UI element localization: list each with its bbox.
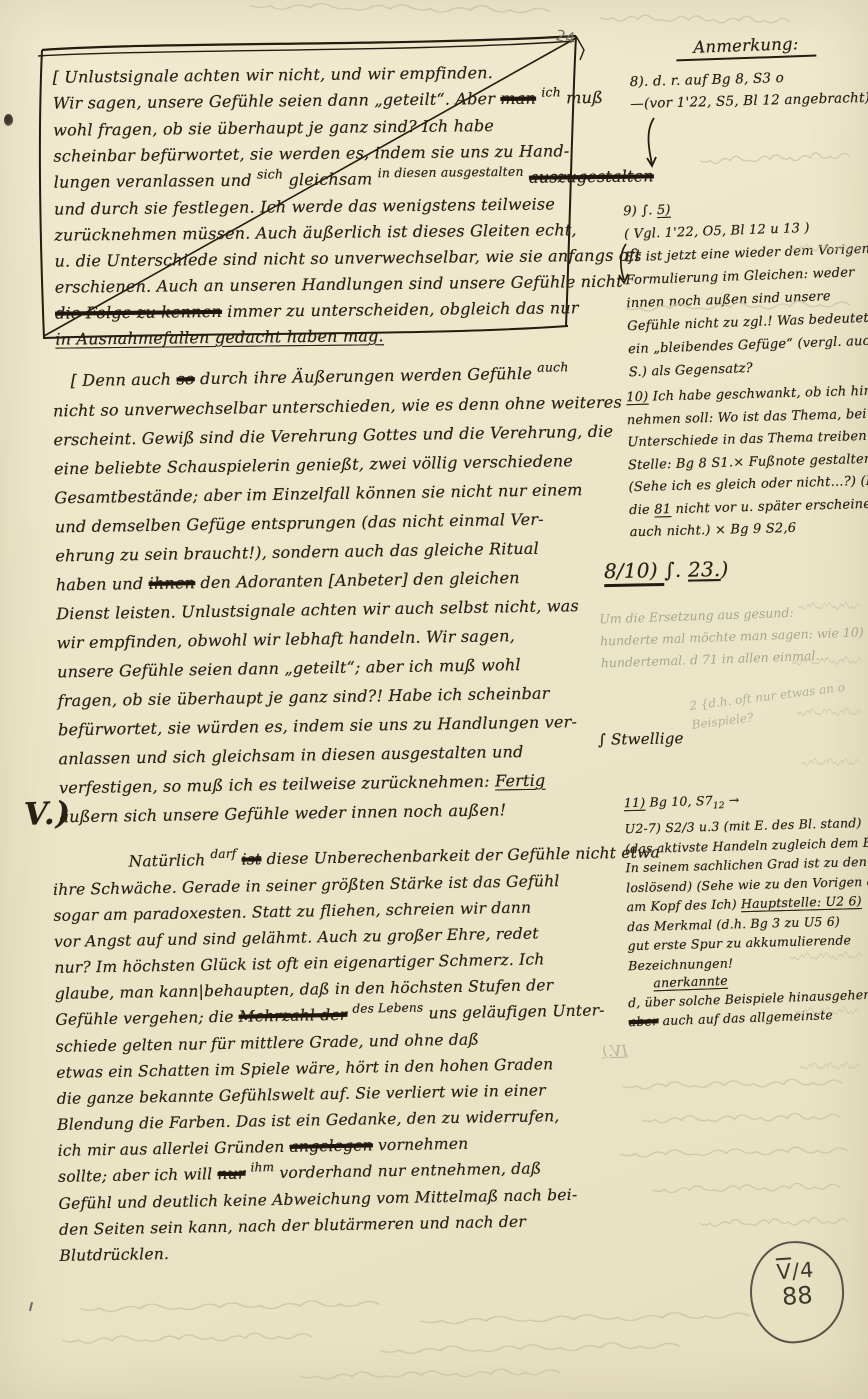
bleed-through-line bbox=[300, 1366, 560, 1383]
section-marker-v: V.) bbox=[23, 795, 71, 833]
bleed-through-line bbox=[622, 1076, 842, 1092]
down-arrow-icon bbox=[642, 116, 662, 174]
bleed-through-line bbox=[790, 242, 860, 254]
bleed-through-line bbox=[250, 0, 550, 17]
down-arrow-icon bbox=[616, 242, 632, 288]
bleed-through-line bbox=[790, 949, 862, 962]
bleed-through-line bbox=[620, 1144, 848, 1160]
bleed-through-line bbox=[380, 1339, 680, 1356]
pencil-mark bbox=[29, 1302, 33, 1311]
margin-s-note: ∫ Stwellige bbox=[598, 729, 684, 748]
main-paragraph-1: [ Denn auch so durch ihre Äußerungen wer… bbox=[52, 358, 615, 832]
margin-heading: Anmerkung: bbox=[676, 34, 817, 62]
bleed-through-line bbox=[800, 1060, 860, 1072]
bleed-through-line bbox=[652, 1180, 840, 1195]
bleed-through-line bbox=[792, 654, 862, 667]
margin-note-9: 9) ∫. 5)( Vgl. 1'22, O5, Bl 12 u 13 )Es … bbox=[623, 192, 868, 384]
margin-note-11: 11) Bg 10, S712 →U2-7) S2/3 u.3 (mit E. … bbox=[624, 787, 868, 975]
bleed-through-line bbox=[797, 706, 861, 718]
stamp-folder-number: /4 bbox=[791, 1258, 815, 1284]
bleed-through-line bbox=[600, 11, 790, 26]
boxed-note-text: [ Unlustsignale achten wir nicht, und wi… bbox=[53, 59, 568, 352]
handwritten-line: 8/10) ∫. 23.) bbox=[604, 557, 729, 583]
bleed-through-line bbox=[80, 1297, 380, 1314]
bleed-through-line bbox=[798, 600, 860, 612]
stamp-page-number: 88 bbox=[751, 1280, 843, 1312]
bleed-through-line bbox=[62, 1330, 312, 1346]
archive-stamp: V/4 88 bbox=[747, 1238, 848, 1346]
bleed-through-line bbox=[700, 149, 850, 166]
pencil-note-2: 2 {d.h. oft nur etwas an oBeispiele? bbox=[688, 675, 868, 735]
bleed-through-line bbox=[795, 1005, 859, 1017]
main-paragraph-2: Natürlich darf ist diese Unberechenbarke… bbox=[52, 840, 619, 1269]
margin-note-8-10: 8/10) ∫. 23.) bbox=[604, 557, 729, 583]
handwritten-line: in Ausnahmefallen gedacht haben mag. bbox=[55, 321, 567, 352]
margin-note-anerkannte: anerkannted, über solche Beispiele hinau… bbox=[627, 966, 868, 1031]
manuscript-page: [ Unlustsignale achten wir nicht, und wi… bbox=[0, 0, 868, 1399]
corner-page-mark: 24 bbox=[554, 26, 576, 48]
bleed-through-line bbox=[420, 1309, 750, 1327]
margin-note-10: 10) Ich habe geschwankt, ob ich hinzu-ne… bbox=[626, 381, 868, 545]
bleed-through-line bbox=[642, 1110, 840, 1125]
bleed-through-line bbox=[700, 1215, 848, 1230]
bleed-through-section-marker: IV.) bbox=[602, 1042, 628, 1061]
margin-note-8: 8). d. r. auf Bg 8, S3 o—(vor 1'22, S5, … bbox=[629, 65, 868, 115]
bleed-through-line bbox=[801, 756, 859, 768]
ink-spot bbox=[4, 114, 13, 126]
handwritten-line: die Folge zu kennen immer zu unterscheid… bbox=[55, 295, 567, 326]
